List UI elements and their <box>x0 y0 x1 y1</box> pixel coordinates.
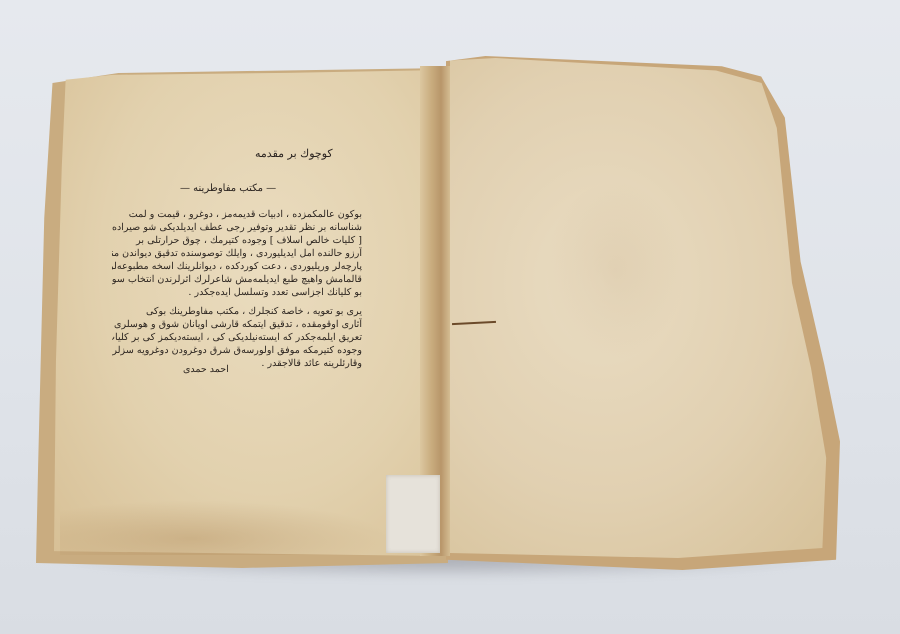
text-line: يرى بو تعويه ، خاصة كنجلرك ، مكتب مفاوطر… <box>112 305 362 318</box>
text-line: قالمامش واهيچ طبع ايديلمه‌مش شاعرلرك اثر… <box>112 273 362 286</box>
text-line: وجوده كتيرمكه موفق اولورسه‌ق شرق دوغرودن… <box>112 344 362 357</box>
text-line: بوكون عالمكمزده ، ادبيات قديمه‌مز ، دوغر… <box>112 208 362 221</box>
book-photograph: كوچوك بر مقدمه — مكتب مفاوطرينه — بوكون … <box>0 0 900 634</box>
faded-oval-mark <box>545 180 685 360</box>
text-line: وقارئلرينه عائد قالاجقدر . <box>112 357 362 370</box>
text-line: آثارى اوقومقده ، تدقيق ايتمكه قارشى اويا… <box>112 318 362 331</box>
water-stain <box>60 500 390 555</box>
text-line: تعريق ايلمه‌جكدر كه ايسته‌نيلديكى كى ، ا… <box>112 331 362 344</box>
text-line: آرزو حالنده امل ايديليوردى ، وايلك توصوس… <box>112 247 362 260</box>
page-subtitle: — مكتب مفاوطرينه — <box>180 183 276 194</box>
text-line: پارچه‌لر وريليوردى ، دعت كوردكده ، ديوان… <box>112 260 362 273</box>
text-line: بو كليانك اجزاسى تعدد وتسلسل ايده‌جكدر . <box>112 286 362 299</box>
page-title: كوچوك بر مقدمه <box>255 147 333 160</box>
paper-label-patch <box>386 475 440 553</box>
text-line: [ كليات خالص اسلاف ] وجوده كتيرمك ، چوق … <box>112 234 362 247</box>
author-signature: احمد حمدى <box>183 364 229 375</box>
body-text: بوكون عالمكمزده ، ادبيات قديمه‌مز ، دوغر… <box>112 208 362 370</box>
text-line: شناسانه بر نظر تقدير وتوفير رجى عطف ايدي… <box>112 221 362 234</box>
